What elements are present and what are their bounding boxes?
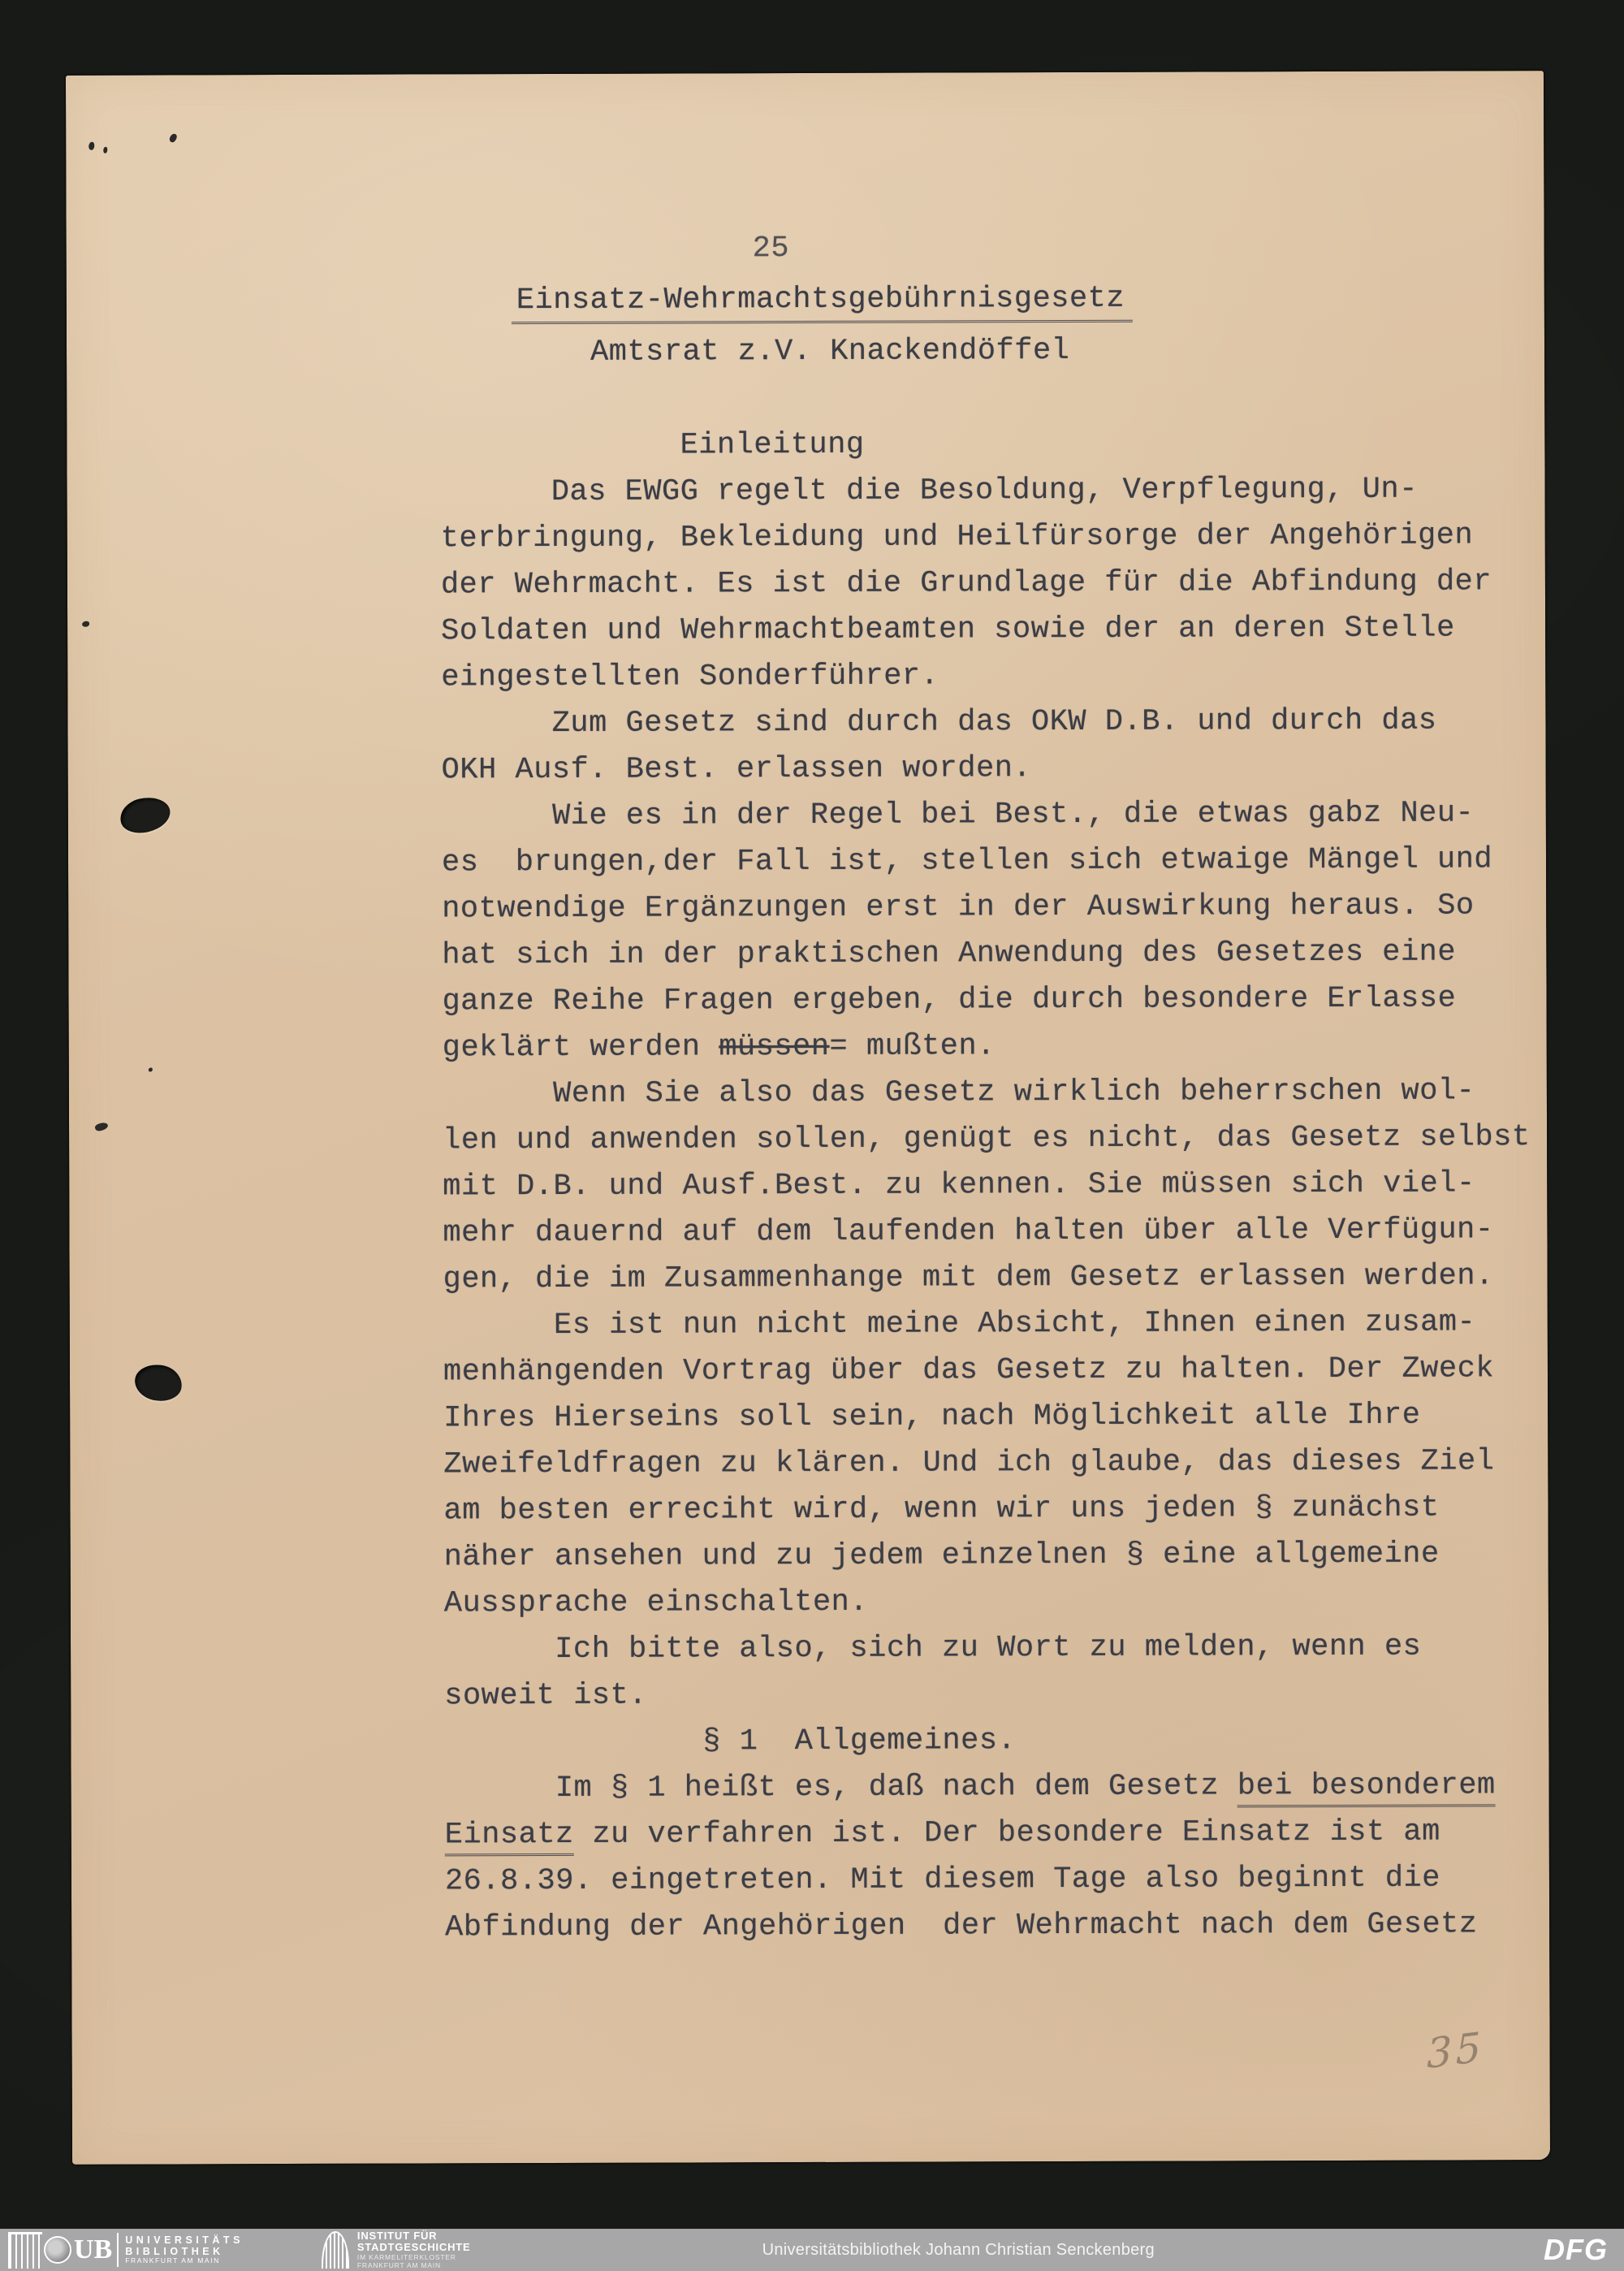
ub-logo-text: UNIVERSITÄTS BIBLIOTHEK FRANKFURT AM MAI… [125, 2234, 244, 2265]
typed-line: Abfindung der Angehörigen der Wehrmacht … [445, 1901, 1549, 1951]
typed-line: Das EWGG regelt die Besoldung, Verpflegu… [440, 466, 1544, 516]
typed-line: eingestellten Sonderführer. [441, 651, 1545, 701]
typed-line: es brungen,der Fall ist, stellen sich et… [442, 837, 1546, 886]
typed-line: terbringung, Bekleidung und Heilfürsorge… [441, 513, 1545, 562]
institut-logo-text: INSTITUT FÜR STADTGESCHICHTE IM KARMELIT… [357, 2230, 471, 2269]
institut-text-line: INSTITUT FÜR [357, 2230, 471, 2243]
typed-line: ganze Reihe Fragen ergeben, die durch be… [442, 975, 1546, 1025]
paper-speck [103, 147, 107, 154]
institut-text-line: FRANKFURT AM MAIN [357, 2262, 471, 2270]
handwritten-page-number: 35 [1426, 2023, 1484, 2078]
logo-divider [117, 2233, 119, 2267]
typed-line: Einsatz zu verfahren ist. Der besondere … [445, 1809, 1549, 1858]
paper-speck [94, 1121, 109, 1132]
typed-line: Zum Gesetz sind durch das OKW D.B. und d… [441, 698, 1545, 747]
typed-line: Einleitung [440, 420, 1544, 469]
typed-line: näher ansehen und zu jedem einzelnen § e… [444, 1531, 1548, 1581]
typed-line: notwendige Ergänzungen erst in der Auswi… [442, 883, 1546, 932]
library-building-icon [8, 2232, 42, 2269]
ub-text-line: UNIVERSITÄTS [125, 2234, 244, 2246]
typed-line: menhängenden Vortrag über das Gesetz zu … [443, 1346, 1548, 1395]
typed-line: Soldaten und Wehrmachtbeamten sowie der … [441, 605, 1545, 655]
paper-speck [82, 621, 89, 627]
typed-line: der Wehrmacht. Es ist die Grundlage für … [441, 559, 1545, 608]
text-flow: Einleitung Das EWGG regelt die Besoldung… [440, 420, 1549, 1951]
document-byline: Amtsrat z.V. Knackendöffel [590, 334, 1069, 370]
typed-line: Aussprache einschalten. [444, 1577, 1548, 1627]
footer-bar: UB UNIVERSITÄTS BIBLIOTHEK FRANKFURT AM … [0, 2229, 1624, 2271]
ub-logo-abbr: UB [74, 2236, 112, 2264]
document-title: Einsatz-Wehrmachtsgebührnisgesetz [512, 282, 1133, 324]
ub-library-logo: UB UNIVERSITÄTS BIBLIOTHEK FRANKFURT AM … [8, 2231, 244, 2269]
typed-line: gen, die im Zusammenhange mit dem Gesetz… [443, 1253, 1548, 1303]
typed-line: am besten erreciht wird, wenn wir uns je… [443, 1485, 1548, 1534]
typed-line: hat sich in der praktischen Anwendung de… [442, 929, 1546, 979]
typed-line: Zweifeldfragen zu klären. Und ich glaube… [443, 1438, 1548, 1488]
typed-line: Im § 1 heißt es, daß nach dem Gesetz bei… [445, 1763, 1549, 1812]
punch-hole-bottom [132, 1362, 184, 1404]
goethe-portrait-icon [44, 2236, 71, 2264]
typed-line: Wie es in der Regel bei Best., die etwas… [442, 790, 1546, 840]
ub-text-line: FRANKFURT AM MAIN [125, 2257, 244, 2265]
paper-speck [169, 132, 178, 143]
paper-speck [89, 142, 94, 150]
typed-line: mit D.B. und Ausf.Best. zu kennen. Sie m… [443, 1161, 1547, 1210]
typed-line: geklärt werden müssen= mußten. [443, 1022, 1547, 1071]
typed-line: soweit ist. [444, 1670, 1548, 1719]
dfg-logo: DFG [1544, 2233, 1608, 2267]
ub-text-line: BIBLIOTHEK [125, 2246, 244, 2257]
institut-stadtgeschichte-logo: INSTITUT FÜR STADTGESCHICHTE IM KARMELIT… [322, 2231, 471, 2269]
punch-hole-top [117, 793, 173, 837]
library-name: Universitätsbibliothek Johann Christian … [471, 2241, 1544, 2260]
typed-line: Ich bitte also, sich zu Wort zu melden, … [444, 1624, 1548, 1673]
gothic-window-icon [322, 2231, 349, 2269]
typed-line: OKH Ausf. Best. erlassen worden. [442, 744, 1546, 794]
typed-line: 26.8.39. eingetreten. Mit diesem Tage al… [445, 1855, 1549, 1905]
institut-text-line: STADTGESCHICHTE [357, 2242, 471, 2254]
page-number: 25 [753, 231, 790, 266]
typed-line: § 1 Allgemeines. [444, 1716, 1548, 1766]
typed-line: len und anwenden sollen, genügt es nicht… [443, 1114, 1547, 1164]
typed-line: Es ist nun nicht meine Absicht, Ihnen ei… [443, 1300, 1548, 1349]
typed-line: Wenn Sie also das Gesetz wirklich beherr… [443, 1068, 1547, 1118]
paper-speck [149, 1068, 153, 1072]
typed-line: Ihres Hierseins soll sein, nach Möglichk… [443, 1392, 1548, 1442]
typed-line: mehr dauernd auf dem laufenden halten üb… [443, 1207, 1547, 1257]
document-page: 25 Einsatz-Wehrmachtsgebührnisgesetz Amt… [66, 71, 1550, 2165]
